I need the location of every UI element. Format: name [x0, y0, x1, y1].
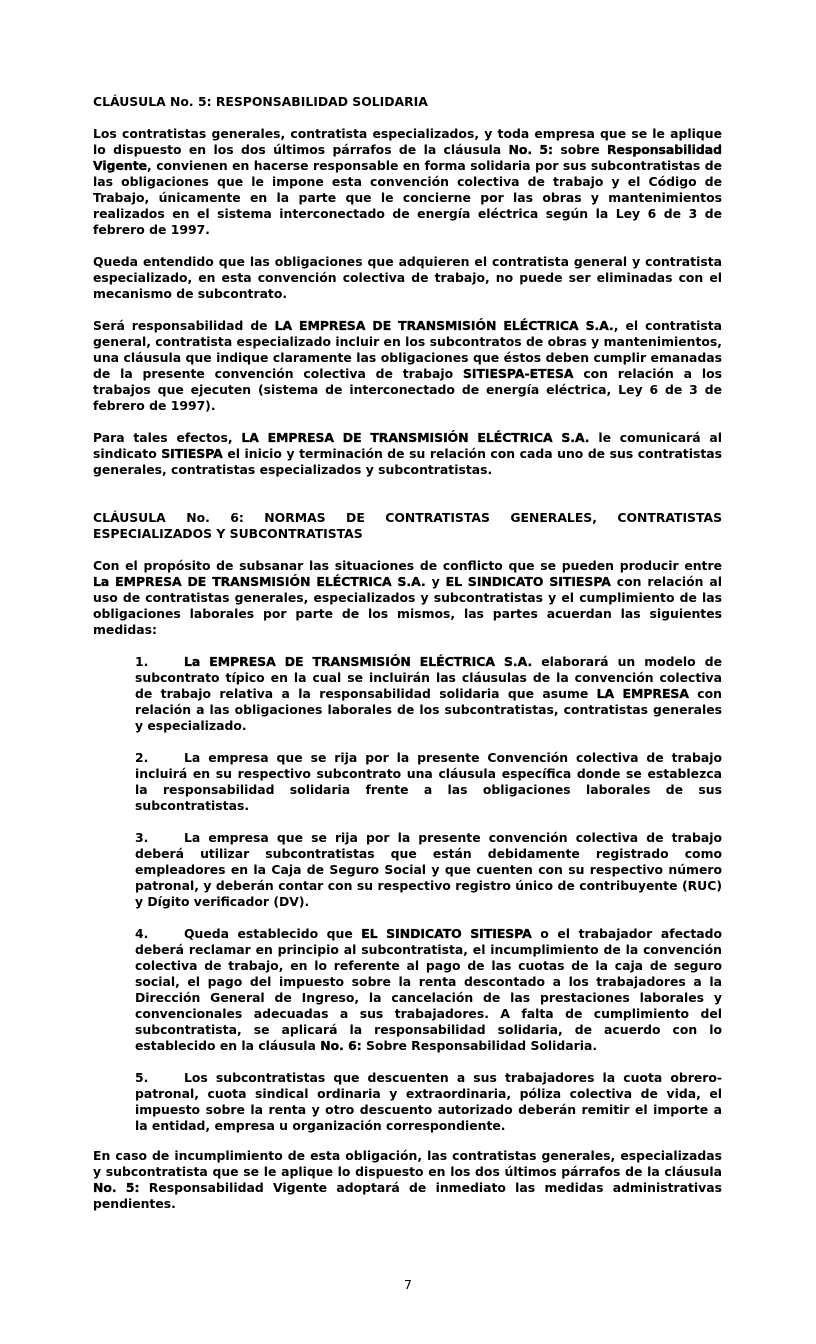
item-number: 2. — [135, 750, 184, 766]
spacer — [135, 734, 722, 750]
spacer — [93, 542, 722, 558]
spacer — [93, 238, 722, 254]
text-run: Sobre Responsabilidad Solidaria. — [362, 1038, 597, 1053]
spacer — [93, 638, 722, 654]
spacer — [135, 910, 722, 926]
item-number: 1. — [135, 654, 184, 670]
emphasized-text: LA EMPRESA DE TRANSMISIÓN ELÉCTRICA S.A. — [241, 430, 589, 445]
list-item: 3.La empresa que se rija por la presente… — [135, 830, 722, 926]
measures-list: 1.La EMPRESA DE TRANSMISIÓN ELÉCTRICA S.… — [93, 654, 722, 1148]
item-text: Los subcontratistas que descuenten a sus… — [135, 1070, 722, 1133]
item-text: La empresa que se rija por la presente c… — [135, 830, 722, 909]
list-item: 4.Queda establecido que EL SINDICATO SIT… — [135, 926, 722, 1070]
item-number: 3. — [135, 830, 184, 846]
text-run: o el trabajador afectado deberá reclamar… — [135, 926, 722, 1053]
clause-6-closing: En caso de incumplimiento de esta obliga… — [93, 1148, 722, 1212]
text-run: Responsabilidad Vigente adoptará de inme… — [93, 1180, 722, 1211]
emphasized-text: No. 5: — [93, 1180, 139, 1195]
text-run: Será responsabilidad de — [93, 318, 275, 333]
emphasized-text: EL SINDICATO SITIESPA — [361, 926, 531, 941]
clause-5-paragraph-4: Para tales efectos, LA EMPRESA DE TRANSM… — [93, 430, 722, 478]
item-number: 5. — [135, 1070, 184, 1086]
document-page: CLÁUSULA No. 5: RESPONSABILIDAD SOLIDARI… — [93, 94, 722, 1212]
spacer — [135, 814, 722, 830]
text-run: Los subcontratistas que descuenten a sus… — [135, 1070, 722, 1133]
text-run: Con el propósito de subsanar las situaci… — [93, 558, 722, 573]
page-number: 7 — [0, 1277, 816, 1292]
spacer — [93, 478, 722, 510]
text-run: , convienen en hacerse responsable en fo… — [93, 158, 722, 237]
clause-5-paragraph-3: Será responsabilidad de LA EMPRESA DE TR… — [93, 318, 722, 414]
clause-6-heading: CLÁUSULA No. 6: NORMAS DE CONTRATISTAS G… — [93, 510, 722, 542]
list-item: 5.Los subcontratistas que descuenten a s… — [135, 1070, 722, 1148]
clause-5-paragraph-2: Queda entendido que las obligaciones que… — [93, 254, 722, 302]
spacer — [93, 302, 722, 318]
clause-6-intro: Con el propósito de subsanar las situaci… — [93, 558, 722, 638]
emphasized-text: SITIESPA — [161, 446, 223, 461]
emphasized-text: EL SINDICATO SITIESPA — [446, 574, 611, 589]
item-text: Queda establecido que EL SINDICATO SITIE… — [135, 926, 722, 1053]
emphasized-text: LA EMPRESA — [597, 686, 689, 701]
text-run: Queda entendido que las obligaciones que… — [93, 254, 722, 301]
emphasized-text: La EMPRESA DE TRANSMISIÓN ELÉCTRICA S.A. — [184, 654, 532, 669]
text-run: y — [426, 574, 446, 589]
emphasized-text: No. 5: — [508, 142, 553, 157]
emphasized-text: LA EMPRESA DE TRANSMISIÓN ELÉCTRICA S.A. — [275, 318, 614, 333]
item-text: La EMPRESA DE TRANSMISIÓN ELÉCTRICA S.A.… — [135, 654, 722, 733]
text-run: Queda establecido que — [184, 926, 361, 941]
spacer — [93, 414, 722, 430]
spacer — [93, 110, 722, 126]
text-run: En caso de incumplimiento de esta obliga… — [93, 1148, 722, 1179]
emphasized-text: La EMPRESA DE TRANSMISIÓN ELÉCTRICA S.A. — [93, 574, 426, 589]
list-item: 2.La empresa que se rija por la presente… — [135, 750, 722, 830]
text-run: Para tales efectos, — [93, 430, 241, 445]
text-run: sobre — [553, 142, 607, 157]
item-text: La empresa que se rija por la presente C… — [135, 750, 722, 813]
spacer — [135, 1134, 722, 1148]
text-run: La empresa que se rija por la presente C… — [135, 750, 722, 813]
text-run: La empresa que se rija por la presente c… — [135, 830, 722, 909]
clause-5-heading: CLÁUSULA No. 5: RESPONSABILIDAD SOLIDARI… — [93, 94, 722, 110]
item-number: 4. — [135, 926, 184, 942]
emphasized-text: No. 6: — [320, 1038, 361, 1053]
clause-5-paragraph-1: Los contratistas generales, contratista … — [93, 126, 722, 238]
emphasized-text: SITIESPA-ETESA — [463, 366, 574, 381]
spacer — [135, 1054, 722, 1070]
list-item: 1.La EMPRESA DE TRANSMISIÓN ELÉCTRICA S.… — [135, 654, 722, 750]
